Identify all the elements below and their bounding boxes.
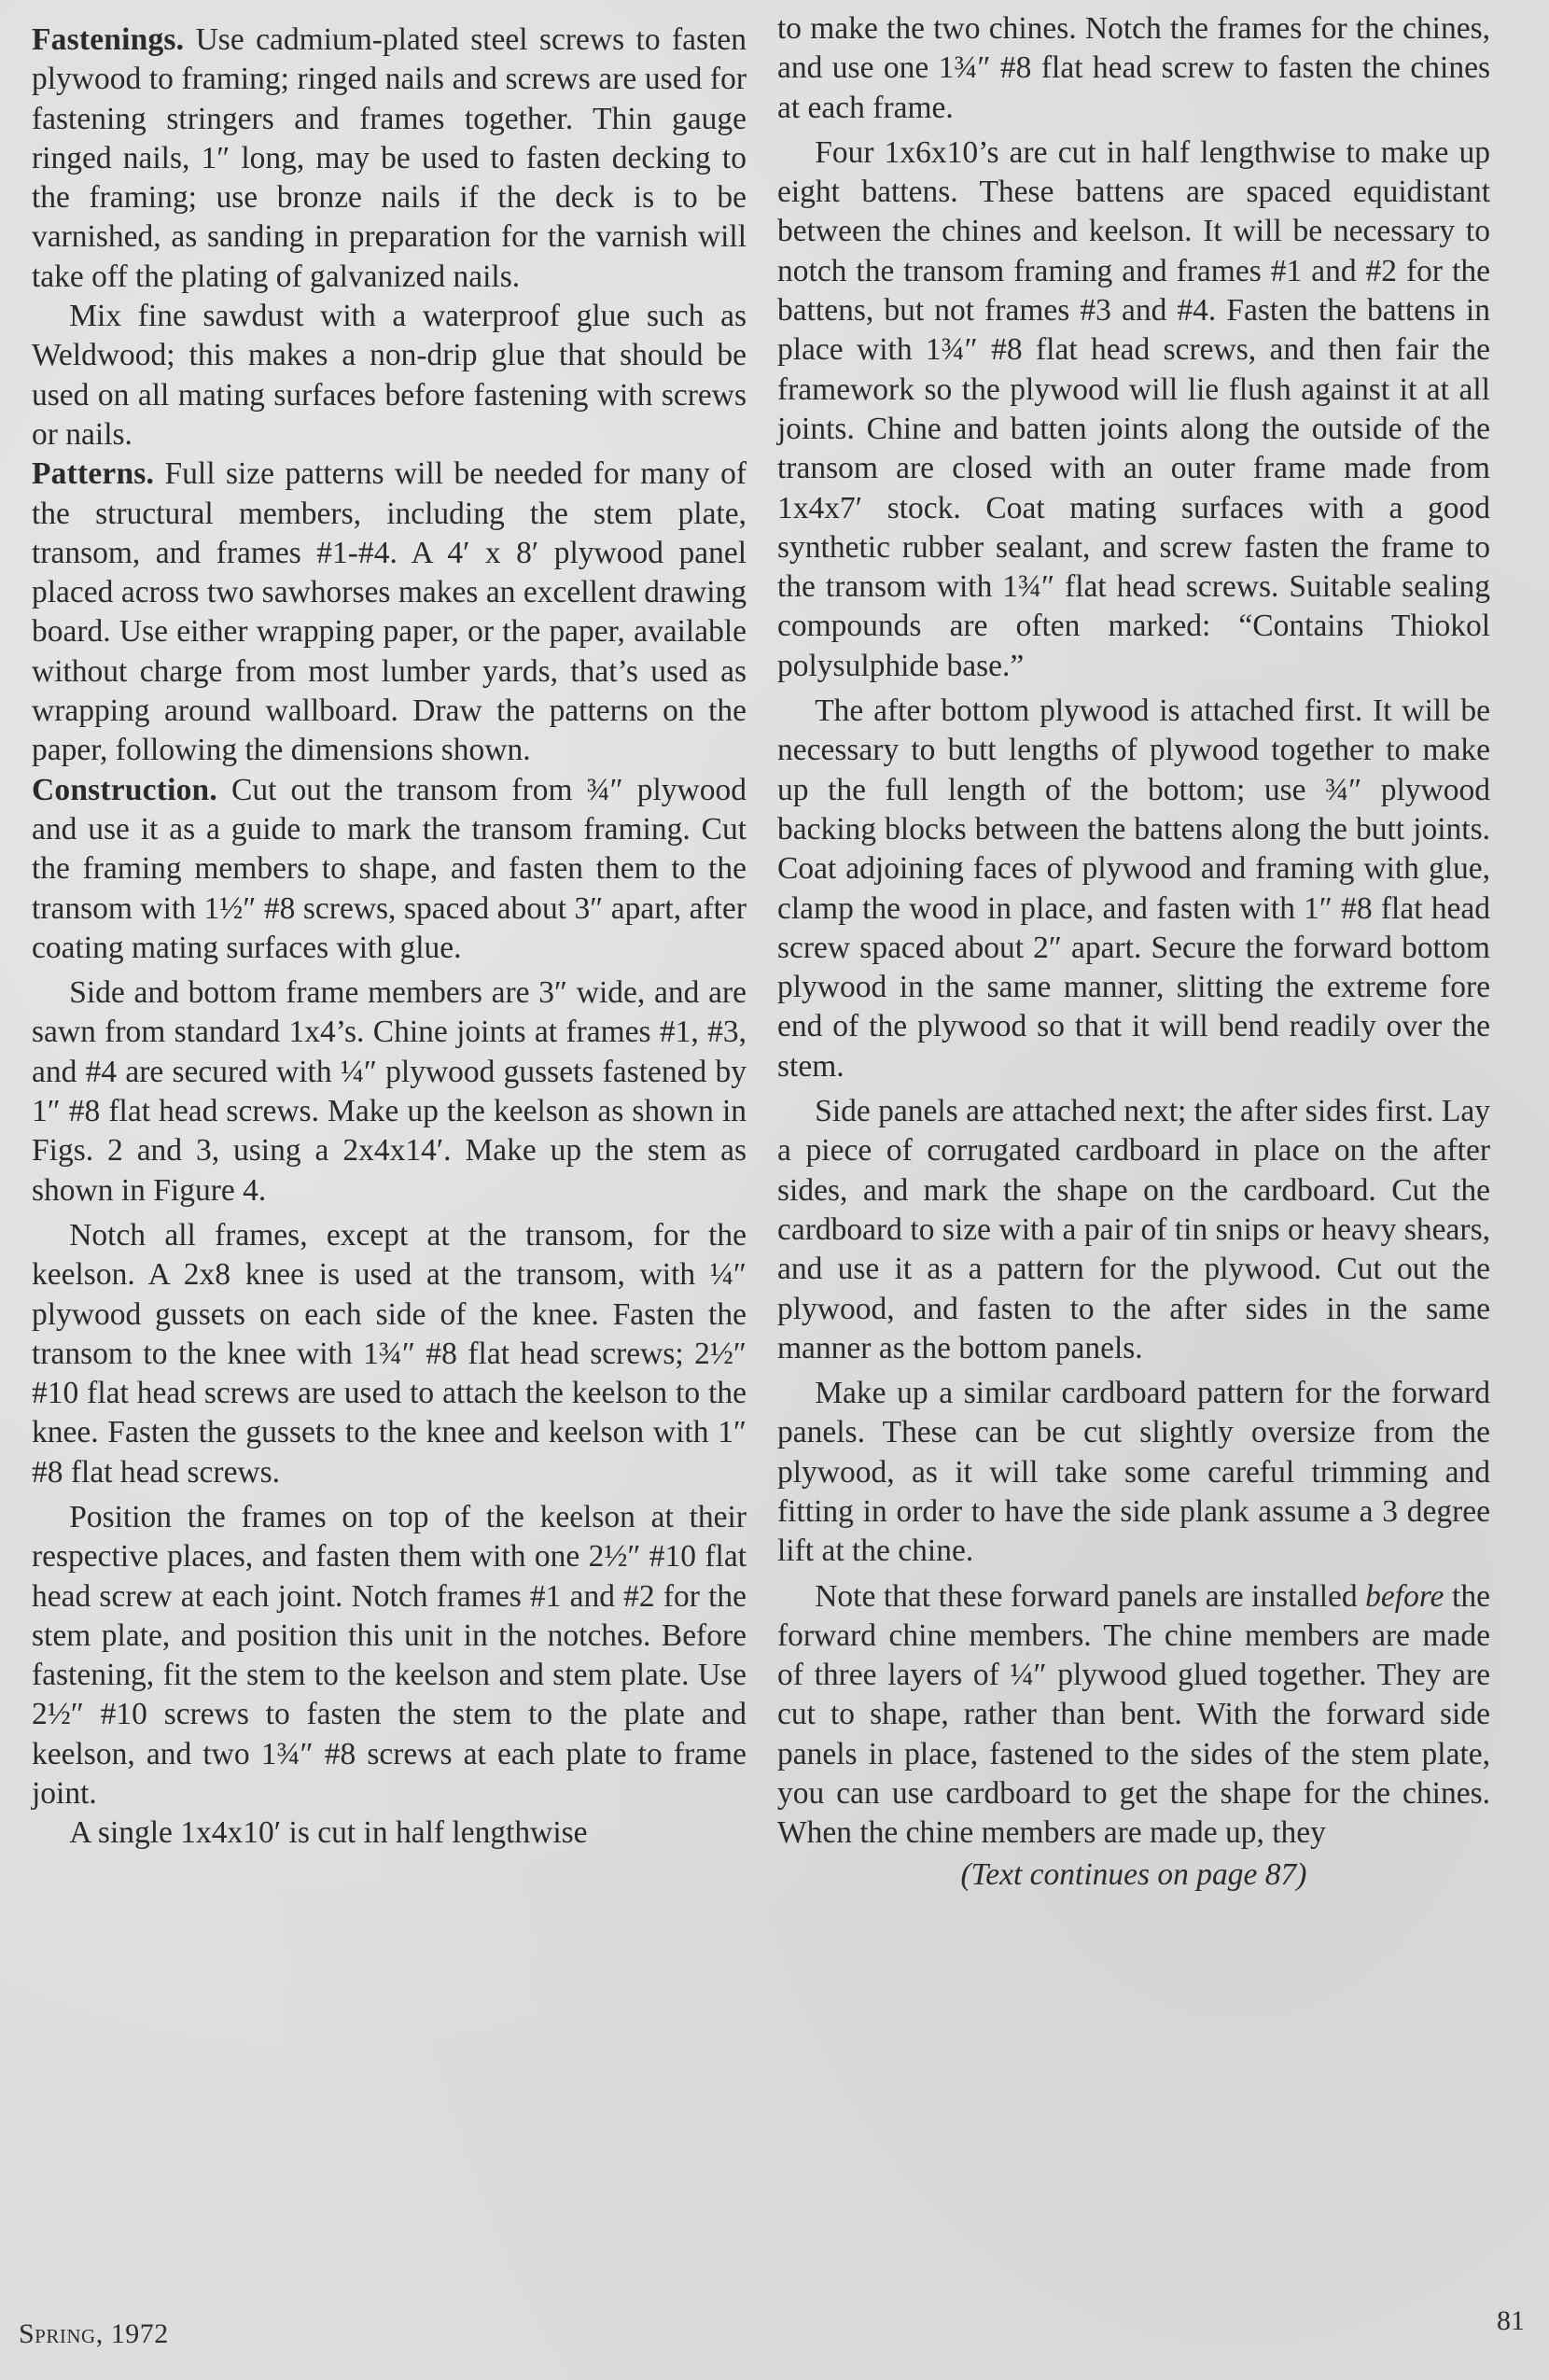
paragraph-fastenings: Fastenings. Use cadmium-plated steel scr… — [32, 21, 747, 297]
paragraph-construction: Construction. Cut out the transom from ¾… — [32, 771, 747, 968]
paragraph-single-board: A single 1x4x10′ is cut in half lengthwi… — [32, 1813, 747, 1853]
paragraph-chine-members: Note that these forward panels are in­st… — [777, 1577, 1490, 1854]
right-column: to make the two chines. Notch the frames… — [777, 9, 1490, 1895]
section-heading-construction: Construction. — [32, 773, 217, 807]
paragraph-bottom-plywood: The after bottom plywood is attached fir… — [777, 692, 1490, 1086]
paragraph-side-panels: Side panels are attached next; the after… — [777, 1092, 1490, 1368]
paragraph-battens: Four 1x6x10’s are cut in half lengthwise… — [777, 133, 1490, 686]
left-column: Fastenings. Use cadmium-plated steel scr… — [32, 21, 747, 1854]
paragraph-frame-members: Side and bottom frame members are 3″ wid… — [32, 973, 747, 1211]
emphasis-text: before — [1365, 1579, 1444, 1614]
page-number: 81 — [1497, 2305, 1525, 2337]
paragraph-text: the forward chine members. The chine mem… — [777, 1579, 1490, 1851]
paragraph-text: Use cadmium-plated steel screws to faste… — [32, 22, 747, 294]
paragraph-glue: Mix fine sawdust with a waterproof glue … — [32, 297, 747, 455]
paragraph-notch-frames: Notch all frames, except at the transom,… — [32, 1216, 747, 1492]
paragraph-chines: to make the two chines. Notch the frames… — [777, 9, 1490, 128]
continuation-note: (Text continues on page 87) — [777, 1855, 1490, 1895]
paragraph-forward-panels: Make up a similar cardboard pattern for … — [777, 1374, 1490, 1571]
section-heading-fastenings: Fastenings. — [32, 22, 184, 57]
paragraph-patterns: Patterns. Full size patterns will be nee… — [32, 455, 747, 770]
paragraph-text: Full size patterns will be needed for ma… — [32, 456, 747, 767]
paragraph-position-frames: Position the frames on top of the keelso… — [32, 1498, 747, 1813]
section-heading-patterns: Patterns. — [32, 456, 154, 491]
paragraph-text: Note that these forward panels are in­st… — [815, 1579, 1365, 1614]
magazine-page: Fastenings. Use cadmium-plated steel scr… — [0, 0, 1549, 2380]
issue-footer: Spring, 1972 — [19, 2318, 169, 2350]
